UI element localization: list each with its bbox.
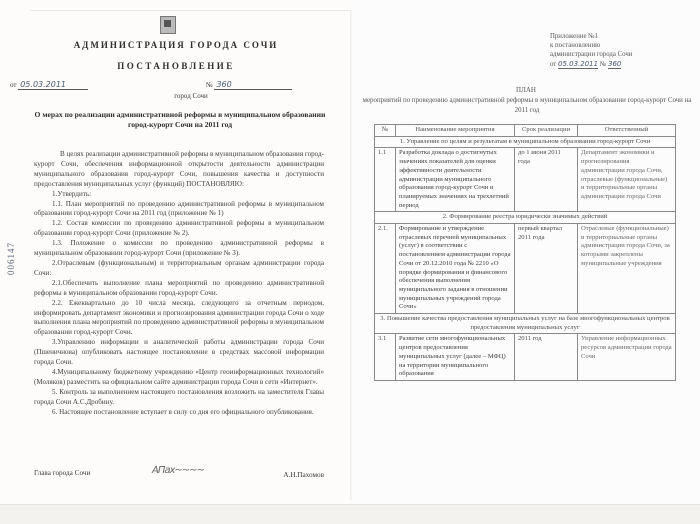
section-title: 2. Формирование реестра юридически значи… — [375, 212, 676, 224]
cell-number: 2.1. — [375, 224, 396, 314]
paragraph: 2.1.Обеспечить выполнение плана мероприя… — [34, 279, 324, 299]
handwritten-signature: АПах~~~~ — [152, 465, 204, 476]
table-row: 2.1. Формирование и утверждение отраслев… — [375, 224, 676, 314]
city-label: город Сочи — [0, 92, 352, 100]
decree-date: от 05.03.2011 — [10, 80, 88, 89]
administration-title: АДМИНИСТРАЦИЯ ГОРОДА СОЧИ — [0, 40, 352, 50]
table-row: 1.1 Разработка доклада о достигнутых зна… — [375, 148, 676, 212]
column-header-term: Срок реализации — [515, 125, 578, 137]
cell-number: 3.1 — [375, 334, 396, 381]
section-row: 2. Формирование реестра юридически значи… — [375, 212, 676, 224]
plan-subtitle: мероприятий по проведению административн… — [362, 96, 692, 115]
appendix-header: Приложение №1 к постановлению администра… — [550, 32, 632, 69]
cell-term: первый квартал 2011 года — [515, 224, 578, 314]
decree-subject: О мерах по реализации административной р… — [30, 110, 330, 130]
coat-of-arms-icon — [160, 16, 176, 34]
decree-body: В целях реализации административной рефо… — [34, 150, 324, 417]
appendix-date-line: от 05.03.2011 № 360 — [550, 60, 632, 69]
table-row: 3.1 Развитие сети многофункциональных це… — [375, 334, 676, 381]
decree-page: АДМИНИСТРАЦИЯ ГОРОДА СОЧИ ПОСТАНОВЛЕНИЕ … — [0, 0, 352, 504]
cell-term: 2011 год — [515, 334, 578, 381]
scanned-document-spread: АДМИНИСТРАЦИЯ ГОРОДА СОЧИ ПОСТАНОВЛЕНИЕ … — [0, 0, 700, 505]
paragraph: В целях реализации административной рефо… — [34, 150, 324, 190]
cell-number: 1.1 — [375, 148, 396, 212]
document-type: ПОСТАНОВЛЕНИЕ — [0, 61, 352, 71]
number-value: 360 — [214, 80, 291, 90]
paragraph: 2.Отраслевым (функциональным) и территор… — [34, 259, 324, 279]
paragraph: 1.Утвердить: — [34, 190, 324, 200]
cell-name: Развитие сети многофункциональных центро… — [396, 334, 515, 381]
paragraph: 5. Контроль за выполнением настоящего по… — [34, 388, 324, 408]
column-header-name: Наименование мероприятия — [396, 125, 515, 137]
appendix-to: к постановлению — [550, 41, 632, 50]
cell-name: Разработка доклада о достигнутых значени… — [396, 148, 515, 212]
cell-name: Формирование и утверждение отраслевых пе… — [396, 224, 515, 314]
column-header-responsible: Ответственный — [578, 125, 676, 137]
number-prefix: № — [206, 81, 213, 89]
cell-term: до 1 июня 2011 года — [515, 148, 578, 212]
cell-responsible: Департамент экономики и прогнозирования … — [578, 148, 676, 212]
appendix-label: Приложение №1 — [550, 32, 632, 41]
paragraph: 2.2. Ежеквартально до 10 числа месяца, с… — [34, 299, 324, 339]
cell-responsible: Отраслевые (функциональные) и территориа… — [578, 224, 676, 314]
date-prefix: от — [10, 81, 16, 89]
appendix-date-prefix: от — [550, 61, 556, 68]
plan-table: № Наименование мероприятия Срок реализац… — [374, 124, 676, 381]
appendix-date: 05.03.2011 — [558, 60, 598, 69]
appendix-number: 360 — [608, 60, 621, 69]
paragraph: 4.Муниципальному бюджетному учреждению «… — [34, 368, 324, 388]
signer-role: Глава города Сочи — [34, 469, 90, 477]
appendix-number-prefix: № — [600, 61, 607, 68]
plan-title: ПЛАН — [352, 86, 700, 94]
appendix-page: Приложение №1 к постановлению администра… — [352, 0, 700, 504]
registration-stamp-number: 006147 — [6, 242, 16, 275]
cell-responsible: Управление информационных ресурсов админ… — [578, 334, 676, 381]
date-value: 05.03.2011 — [18, 80, 88, 90]
section-title: 1. Управление по целям и результатам в м… — [375, 136, 676, 148]
decree-number: № 360 — [206, 80, 292, 89]
paragraph: 1.3. Положение о комиссии по проведению … — [34, 239, 324, 259]
section-row: 3. Повышение качества предоставления мун… — [375, 314, 676, 334]
column-header-number: № — [375, 125, 396, 137]
paragraph: 1.1. План мероприятий по проведению адми… — [34, 200, 324, 220]
paragraph: 1.2. Состав комиссии по проведению админ… — [34, 219, 324, 239]
section-title: 3. Повышение качества предоставления мун… — [375, 314, 676, 334]
signer-name: А.Н.Пахомов — [283, 471, 324, 479]
paragraph: 3.Управлению информации и аналитической … — [34, 338, 324, 368]
appendix-org: администрации города Сочи — [550, 50, 632, 59]
paragraph: 6. Настоящее постановление вступает в си… — [34, 408, 324, 418]
section-row: 1. Управление по целям и результатам в м… — [375, 136, 676, 148]
table-header-row: № Наименование мероприятия Срок реализац… — [375, 125, 676, 137]
